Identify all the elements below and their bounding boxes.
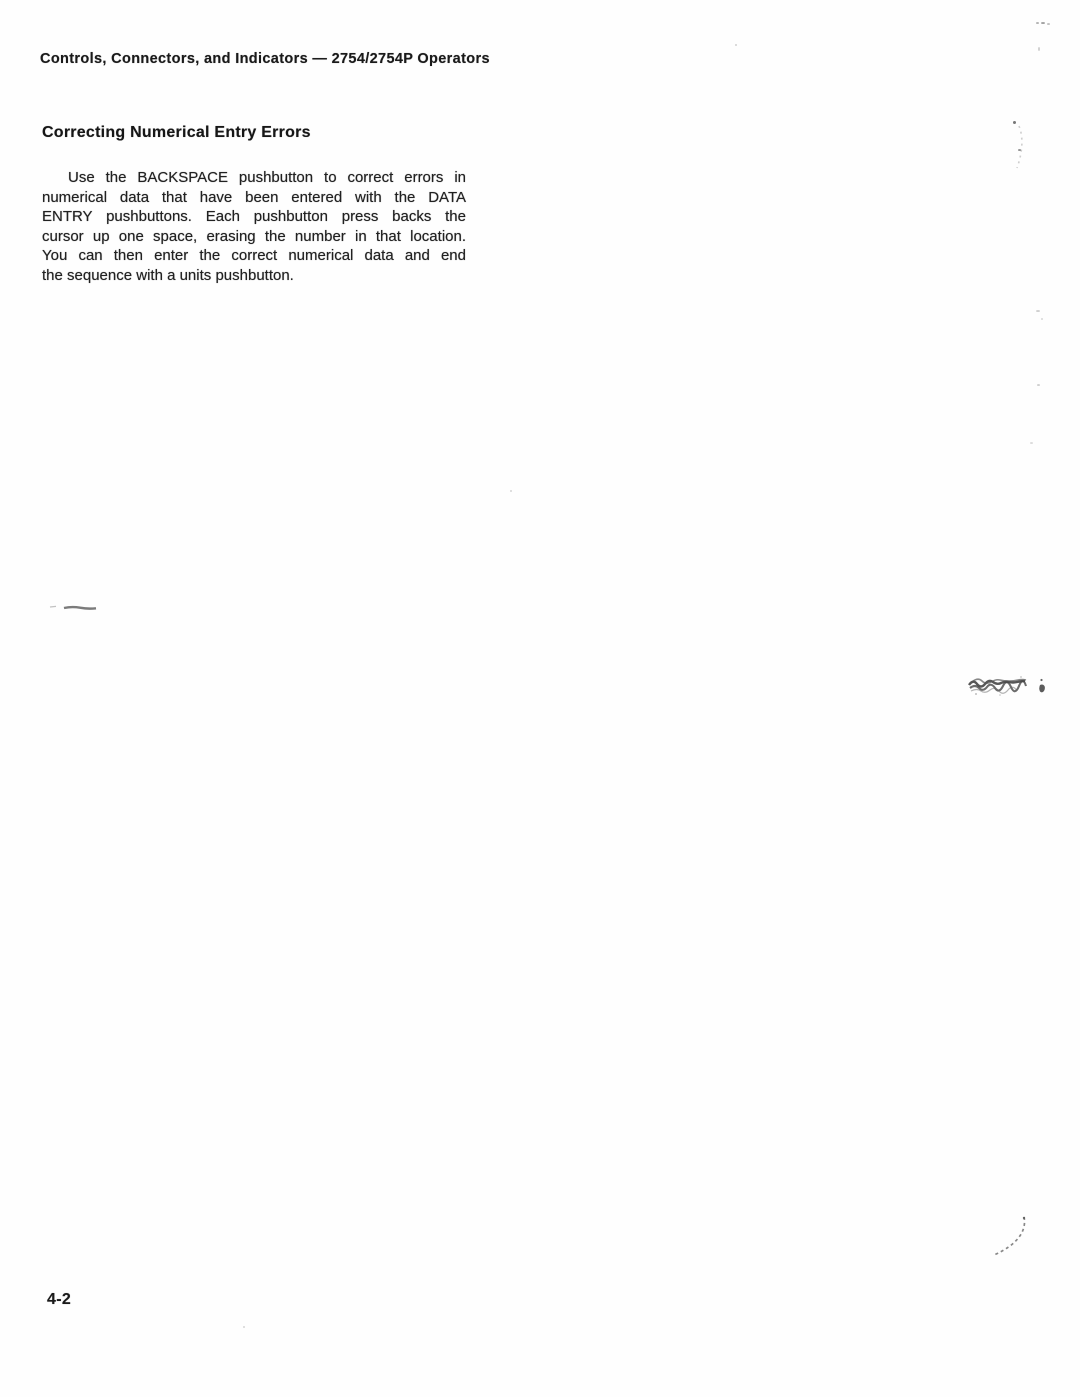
scan-speck <box>1037 384 1040 386</box>
body-line: the sequence with a units pushbutton. <box>42 266 466 286</box>
body-line: Use the BACKSPACE pushbutton to correct … <box>42 168 466 188</box>
body-line: numerical data that have been entered wi… <box>42 188 466 208</box>
scan-speck <box>1030 442 1033 444</box>
body-line: cursor up one space, erasing the number … <box>42 227 466 247</box>
section-title: Correcting Numerical Entry Errors <box>42 124 311 142</box>
ink-blot <box>1036 677 1048 702</box>
scan-speck <box>1047 23 1050 25</box>
scan-speck <box>1036 22 1039 24</box>
stray-dash-mark <box>48 600 100 618</box>
faint-pen-stroke <box>1004 122 1030 177</box>
scanned-manual-page: Controls, Connectors, and Indicators — 2… <box>0 0 1080 1397</box>
faint-pen-stroke <box>986 1213 1030 1264</box>
scan-speck <box>1038 47 1040 51</box>
scan-speck <box>510 490 512 492</box>
running-header: Controls, Connectors, and Indicators — 2… <box>40 51 490 67</box>
body-line: You can then enter the correct numerical… <box>42 246 466 266</box>
page-number: 4-2 <box>47 1291 71 1309</box>
body-paragraph: Use the BACKSPACE pushbutton to correct … <box>42 168 466 285</box>
scan-speck <box>1018 149 1021 151</box>
scan-speck <box>1041 22 1045 24</box>
body-line: ENTRY pushbuttons. Each pushbutton press… <box>42 207 466 227</box>
scan-speck <box>735 44 737 46</box>
scan-speck <box>1036 310 1040 312</box>
ink-scribble-smudge <box>966 671 1032 702</box>
scan-speck <box>1041 318 1043 320</box>
scan-speck <box>243 1326 245 1328</box>
scan-speck <box>1013 121 1016 124</box>
